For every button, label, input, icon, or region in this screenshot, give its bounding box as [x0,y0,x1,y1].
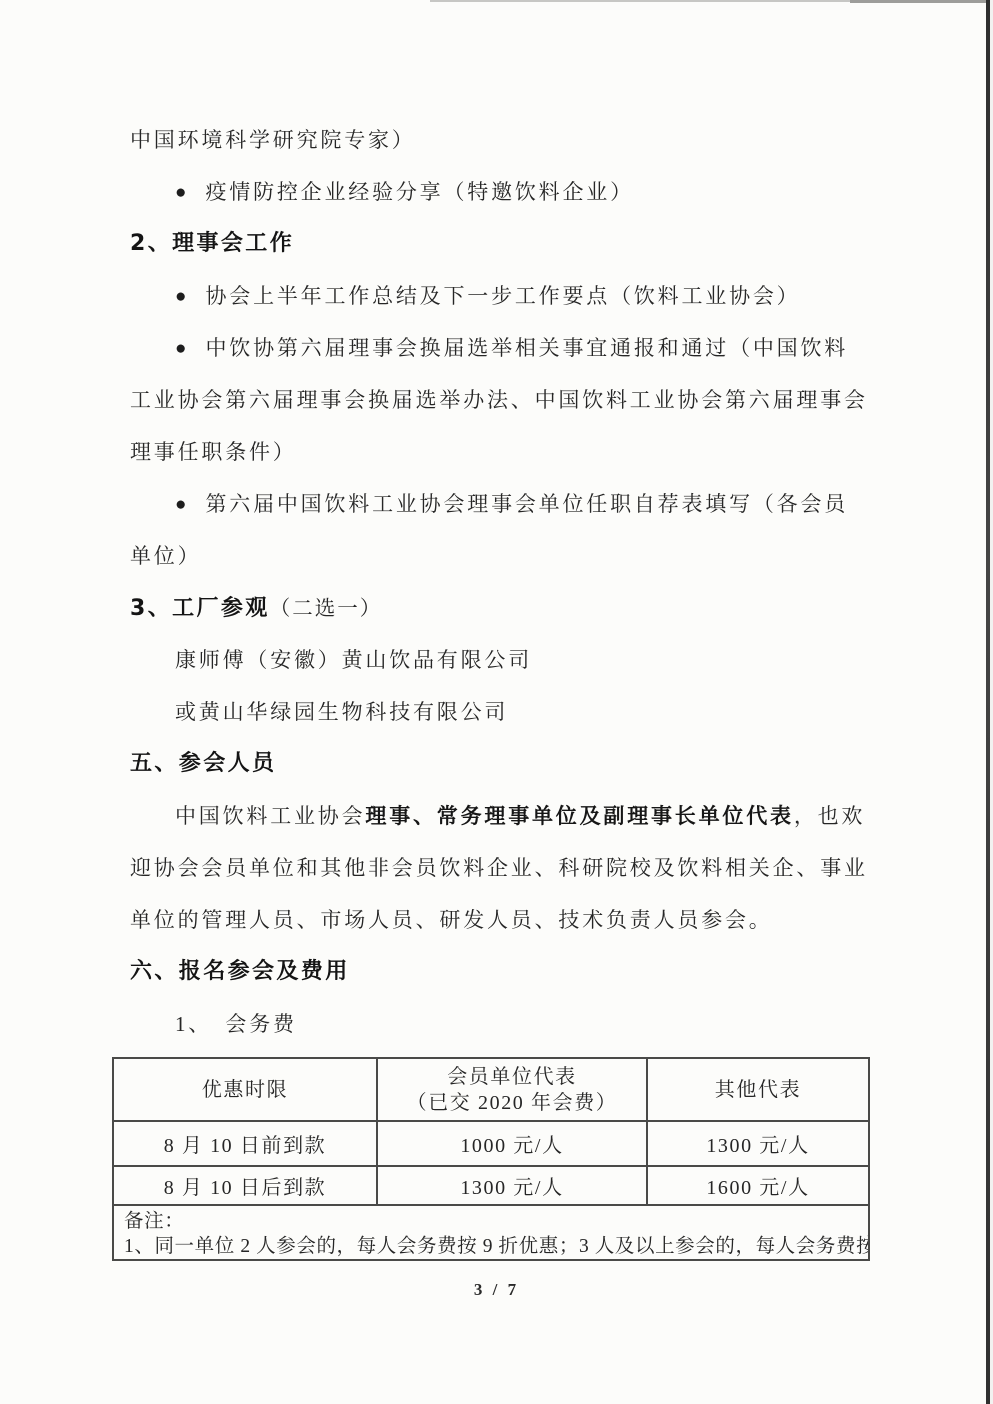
bullet-item-self-recommendation-cont: 单位） [0,530,993,582]
fee-note-cell: 备注： 1、同一单位 2 人参会的，每人会务费按 9 折优惠；3 人及以上参会的… [113,1205,869,1260]
bullet-item-election-briefing-cont1: 工业协会第六届理事会换届选举办法、中国饮料工业协会第六届理事会 [0,374,993,426]
bullet-item-epidemic-experience: ●疫情防控企业经验分享（特邀饮料企业） [0,166,993,218]
participants-paragraph-line1: 中国饮料工业协会理事、常务理事单位及副理事长单位代表，也欢 [0,790,993,842]
bullet-icon: ● [175,323,186,375]
fee-table-header-row: 优惠时限 会员单位代表 （已交 2020 年会费） 其他代表 [113,1058,869,1121]
participants-text-regular: 中国饮料工业协会 [175,804,365,828]
bullet-icon: ● [175,167,186,219]
document-body: 中国环境科学研究院专家） ●疫情防控企业经验分享（特邀饮料企业） 2、理事会工作… [0,114,993,1261]
participants-text-bold: 理事、常务理事单位及副理事长单位代表 [365,804,793,828]
scanned-document-page: 中国环境科学研究院专家） ●疫情防控企业经验分享（特邀饮料企业） 2、理事会工作… [0,0,993,1404]
participants-paragraph-line3: 单位的管理人员、市场人员、研发人员、技术负责人员参会。 [0,894,993,946]
factory-option-master-kong: 康师傅（安徽）黄山饮品有限公司 [0,634,993,686]
bullet-item-half-year-summary: ●协会上半年工作总结及下一步工作要点（饮料工业协会） [0,270,993,322]
bullet-icon: ● [175,271,186,323]
bullet-item-text: 协会上半年工作总结及下一步工作要点（饮料工业协会） [205,284,800,308]
section-heading-council-work: 2、理事会工作 [0,218,993,270]
paragraph-continuation-experts: 中国环境科学研究院专家） [0,114,993,166]
fee-table-note-row: 备注： 1、同一单位 2 人参会的，每人会务费按 9 折优惠；3 人及以上参会的… [113,1205,869,1260]
bullet-item-election-briefing-cont2: 理事任职条件） [0,426,993,478]
fee-note-body: 1、同一单位 2 人参会的，每人会务费按 9 折优惠；3 人及以上参会的，每人会… [124,1236,869,1257]
fee-cell-deadline: 8 月 10 日后到款 [113,1166,377,1205]
participants-text-regular-tail: ，也欢 [794,804,865,828]
fee-header-member: 会员单位代表 （已交 2020 年会费） [377,1058,647,1121]
page-number: 3 / 7 [0,1280,993,1300]
fee-cell-member-price: 1300 元/人 [377,1166,647,1205]
fee-header-other: 其他代表 [647,1058,869,1121]
scan-artifact-top-line-dark [850,0,993,3]
fee-cell-member-price: 1000 元/人 [377,1121,647,1166]
section-heading-registration-fees: 六、报名参会及费用 [0,946,993,998]
participants-paragraph-line2: 迎协会会员单位和其他非会员饮料企业、科研院校及饮料相关企、事业 [0,842,993,894]
subheading-conference-fee: 1、 会务费 [0,998,993,1050]
fee-table: 优惠时限 会员单位代表 （已交 2020 年会费） 其他代表 8 月 10 日前… [112,1057,870,1261]
bullet-icon: ● [175,479,186,531]
section-heading-participants: 五、参会人员 [0,738,993,790]
bullet-item-self-recommendation-form: ●第六届中国饮料工业协会理事会单位任职自荐表填写（各会员 [0,478,993,530]
fee-table-row-after: 8 月 10 日后到款 1300 元/人 1600 元/人 [113,1166,869,1205]
bullet-item-text: 第六届中国饮料工业协会理事会单位任职自荐表填写（各会员 [205,492,848,516]
section-heading-factory-visit: 3、工厂参观（二选一） [0,582,993,634]
fee-cell-other-price: 1600 元/人 [647,1166,869,1205]
fee-table-row-before: 8 月 10 日前到款 1000 元/人 1300 元/人 [113,1121,869,1166]
fee-cell-deadline: 8 月 10 日前到款 [113,1121,377,1166]
fee-header-member-line2: （已交 2020 年会费） [407,1092,618,1114]
bullet-item-text: 疫情防控企业经验分享（特邀饮料企业） [205,180,633,204]
factory-option-hualvyuan: 或黄山华绿园生物科技有限公司 [0,686,993,738]
factory-visit-choice-note: （二选一） [270,598,383,620]
factory-visit-heading-text: 3、工厂参观 [130,596,270,621]
bullet-item-text: 中饮协第六届理事会换届选举相关事宜通报和通过（中国饮料 [205,336,848,360]
scan-artifact-top-line [430,0,850,2]
fee-header-member-line1: 会员单位代表 [447,1066,577,1088]
bullet-item-election-briefing: ●中饮协第六届理事会换届选举相关事宜通报和通过（中国饮料 [0,322,993,374]
fee-note-title: 备注： [124,1211,184,1232]
fee-header-deadline: 优惠时限 [113,1058,377,1121]
fee-cell-other-price: 1300 元/人 [647,1121,869,1166]
